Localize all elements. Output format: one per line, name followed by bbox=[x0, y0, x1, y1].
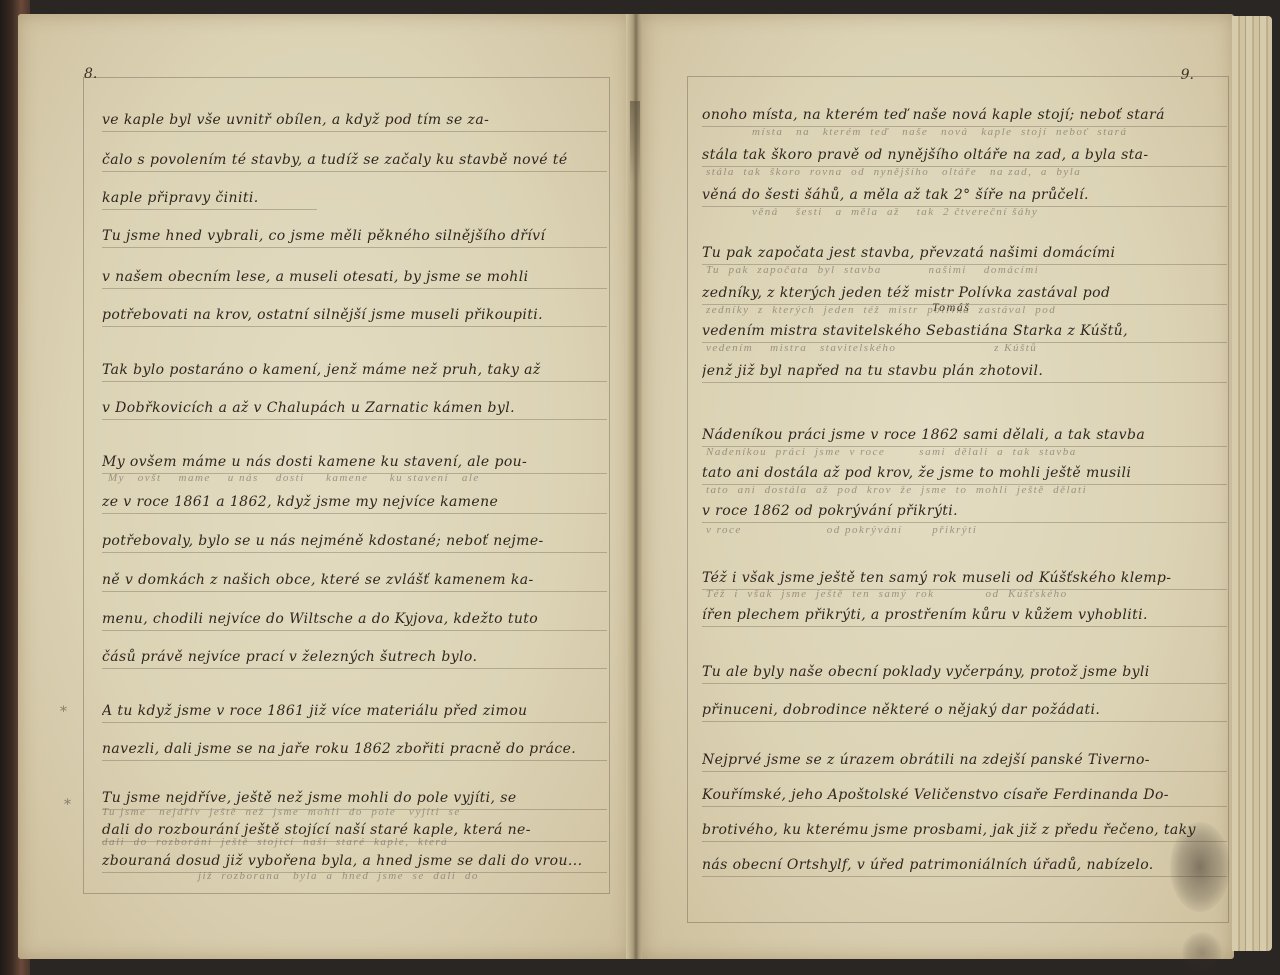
page-edges-stack bbox=[1232, 16, 1272, 951]
manuscript-line: ně v domkách z našich obce, které se zvl… bbox=[102, 569, 607, 592]
manuscript-line: nás obecní Ortshylf, v úřed patrimoniáln… bbox=[702, 854, 1227, 877]
manuscript-line: jenž již byl napřed na tu stavbu plán zh… bbox=[702, 360, 1227, 383]
manuscript-line: stála tak škoro pravě od nynějšího oltář… bbox=[702, 144, 1227, 167]
pencil-gloss: místa na kterém teď naše nová kaple stoj… bbox=[752, 126, 1127, 140]
manuscript-line: potřebovati na krov, ostatní silnější js… bbox=[102, 304, 607, 327]
manuscript-line: Tak bylo postaráno o kamení, jenž máme n… bbox=[102, 359, 607, 382]
right-page-text: onoho místa, na kterém teď naše nová kap… bbox=[642, 14, 1234, 959]
manuscript-line: přinuceni, dobrodince některé o nějaký d… bbox=[702, 699, 1227, 722]
manuscript-line: ze v roce 1861 a 1862, když jsme my nejv… bbox=[102, 491, 607, 514]
pencil-gloss: stála tak škoro rovna od nynějšího oltář… bbox=[706, 166, 1081, 180]
manuscript-line: věná do šesti šáhů, a měla až tak 2° šíř… bbox=[702, 184, 1227, 207]
asterisk-margin-mark: * bbox=[60, 704, 67, 720]
pencil-gloss: My ovšt mame u nás dosti kamene ku stave… bbox=[108, 472, 480, 486]
pencil-gloss: již rozborana byla a hned jsme se dali d… bbox=[198, 870, 479, 884]
manuscript-line: kaple připravy činiti. bbox=[102, 187, 317, 210]
fingerprint-smudge bbox=[1182, 932, 1222, 972]
manuscript-line: ířen plechem přikrýti, a prostřením kůru… bbox=[702, 604, 1227, 627]
manuscript-line: Tu pak započata jest stavba, převzatá na… bbox=[702, 242, 1227, 265]
left-page-text: ve kaple byl vše uvnitř obílen, a když p… bbox=[18, 14, 630, 959]
manuscript-line: v našem obecním lese, a museli otesati, … bbox=[102, 266, 607, 289]
manuscript-line: My ovšem máme u nás dosti kamene ku stav… bbox=[102, 451, 607, 474]
manuscript-line: Nejprvé jsme se z úrazem obrátili na zde… bbox=[702, 749, 1227, 772]
pencil-gloss: v roce od pokrývání přikrýti bbox=[706, 524, 977, 538]
manuscript-line: brotivého, ku kterému jsme prosbami, jak… bbox=[702, 819, 1227, 842]
manuscript-line: menu, chodili nejvíce do Wiltsche a do K… bbox=[102, 608, 607, 631]
asterisk-margin-mark: * bbox=[64, 797, 71, 813]
pencil-gloss: Tu jsme nejdřív ještě než jsme mohli do … bbox=[102, 806, 461, 820]
fingerprint-smudge bbox=[1170, 822, 1230, 912]
pencil-gloss: tato ani dostála až pod krov že jsme to … bbox=[706, 484, 1087, 498]
manuscript-line: onoho místa, na kterém teď naše nová kap… bbox=[702, 104, 1227, 127]
pencil-gloss: dali do rozboráni ještě stojící naší sta… bbox=[102, 836, 448, 850]
pencil-gloss: Tu pak započata byl stavba našimi domácí… bbox=[706, 264, 1039, 278]
manuscript-line: vedením mistra stavitelského Sebastiána … bbox=[702, 320, 1227, 343]
gutter-stain bbox=[630, 101, 640, 181]
manuscript-line: potřebovaly, bylo se u nás nejméně kdost… bbox=[102, 530, 607, 553]
insertion-note: Tomáš bbox=[932, 300, 970, 314]
pencil-gloss: Též i však jsme ještě ten samý rok od Kú… bbox=[706, 588, 1068, 602]
manuscript-line: v Dobřkovicích a až v Chalupách u Zarnat… bbox=[102, 397, 607, 420]
manuscript-line: v roce 1862 od pokrývání přikrýti. bbox=[702, 500, 1227, 523]
right-page: 9. onoho místa, na kterém teď naše nová … bbox=[642, 14, 1234, 959]
manuscript-line: Též i však jsme ještě ten samý rok musel… bbox=[702, 567, 1227, 590]
pencil-gloss: vedením mistra stavitelského z Kúštů bbox=[706, 342, 1037, 356]
manuscript-line: Kouřímské, jeho Apoštolské Veličenstvo c… bbox=[702, 784, 1227, 807]
manuscript-line: A tu když jsme v roce 1861 již více mate… bbox=[102, 700, 607, 723]
pencil-gloss: Nadeníkou práci jsme v roce sami dělali … bbox=[706, 446, 1077, 460]
open-book: 8. ve kaple byl vše uvnitř obílen, a kdy… bbox=[10, 6, 1272, 966]
manuscript-line: čalo s povolením té stavby, a tudíž se z… bbox=[102, 149, 607, 172]
manuscript-line: tato ani dostála až pod krov, že jsme to… bbox=[702, 462, 1227, 485]
manuscript-line: Nádeníkou práci jsme v roce 1862 sami dě… bbox=[702, 424, 1227, 447]
manuscript-line: Tu jsme hned vybrali, co jsme měli pěkné… bbox=[102, 225, 607, 248]
manuscript-line: čásů právě nejvíce prací v železných šut… bbox=[102, 646, 607, 669]
manuscript-line: navezli, dali jsme se na jaře roku 1862 … bbox=[102, 738, 607, 761]
manuscript-line: Tu ale byly naše obecní poklady vyčerpán… bbox=[702, 661, 1227, 684]
pencil-gloss: věná šesti a měla až tak 2 čtvereční šáh… bbox=[752, 206, 1038, 220]
left-page: 8. ve kaple byl vše uvnitř obílen, a kdy… bbox=[18, 14, 630, 959]
pencil-gloss: zedníky z kterých jeden též mistr polívk… bbox=[706, 304, 1056, 318]
manuscript-line: ve kaple byl vše uvnitř obílen, a když p… bbox=[102, 109, 607, 132]
